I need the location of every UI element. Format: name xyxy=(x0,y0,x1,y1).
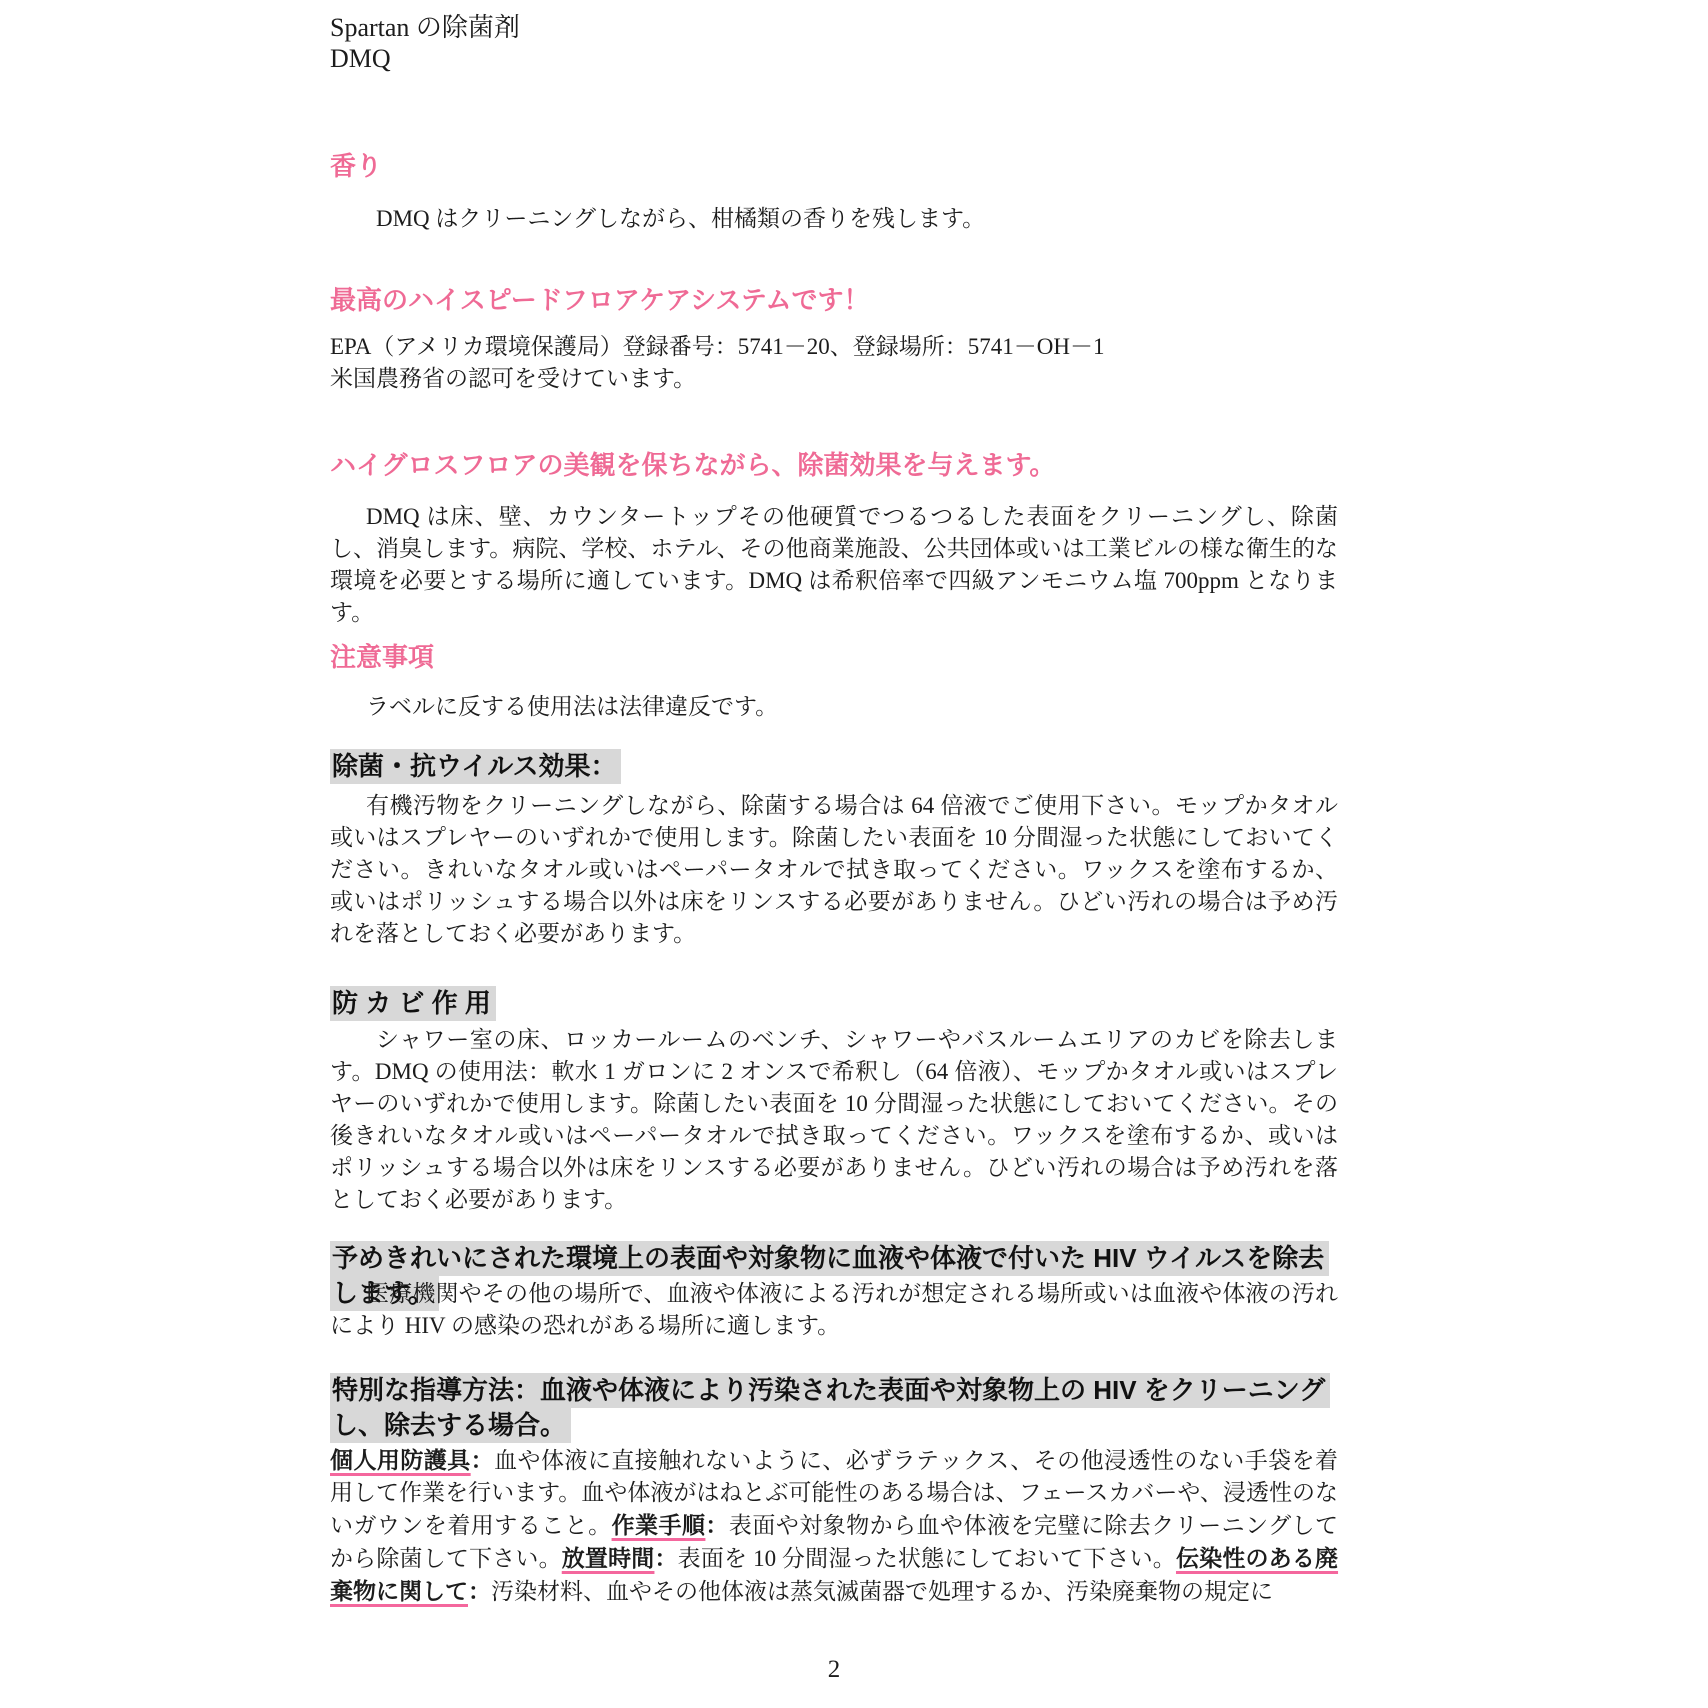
paragraph-special: 個人用防護具：血や体液に直接触れないように、必ずラテックス、その他浸透性のない手… xyxy=(330,1444,1338,1608)
document-header: Spartan の除菌剤 DMQ xyxy=(330,12,1338,74)
paragraph-gloss: DMQ は床、壁、カウンタートップその他硬質でつるつるした表面をクリーニングし、… xyxy=(330,501,1338,629)
heading-special: 特別な指導方法：血液や体液により汚染された表面や対象物上の HIV をクリーニン… xyxy=(330,1373,1338,1443)
heading-scent: 香り xyxy=(330,150,1338,182)
text-segment: ： xyxy=(468,1578,491,1604)
heading-mold: 防 カ ビ 作 用 xyxy=(330,986,1338,1021)
heading-gloss: ハイグロスフロアの美観を保ちながら、除菌効果を与えます。 xyxy=(330,449,1338,481)
text-segment: ： xyxy=(471,1447,494,1473)
paragraph-scent: DMQ はクリーニングしながら、柑橘類の香りを残します。 xyxy=(330,203,1338,235)
paragraph-caution: ラベルに反する使用法は法律違反です。 xyxy=(330,691,1338,723)
text-segment: 表面を 10 分間湿った状態にしておいて下さい。 xyxy=(678,1546,1176,1571)
inline-underlined-label: 作業手順 xyxy=(612,1512,706,1538)
heading-caution: 注意事項 xyxy=(330,641,1338,673)
paragraph-disinfect: 有機汚物をクリーニングしながら、除菌する場合は 64 倍液でご使用下さい。モップ… xyxy=(330,790,1338,950)
document-page: Spartan の除菌剤 DMQ 香り DMQ はクリーニングしながら、柑橘類の… xyxy=(0,0,1708,1708)
text-segment: ： xyxy=(705,1512,728,1538)
highlighted-text: 防 カ ビ 作 用 xyxy=(330,986,496,1021)
highlighted-text: 特別な指導方法：血液や体液により汚染された表面や対象物上の HIV をクリーニン… xyxy=(330,1373,1330,1443)
heading-disinfect: 除菌・抗ウイルス効果： xyxy=(330,749,1338,784)
highlighted-text: 除菌・抗ウイルス効果： xyxy=(330,749,621,784)
inline-underlined-label: 個人用防護具 xyxy=(330,1447,471,1473)
paragraph-mold: シャワー室の床、ロッカールームのベンチ、シャワーやバスルームエリアのカビを除去し… xyxy=(330,1024,1338,1216)
text-segment: 汚染材料、血やその他体液は蒸気滅菌器で処理するか、汚染廃棄物の規定に xyxy=(491,1579,1273,1604)
paragraph-hiv: 医療機関やその他の場所で、血液や体液による汚れが想定される場所或いは血液や体液の… xyxy=(330,1278,1338,1342)
paragraph-system: EPA（アメリカ環境保護局）登録番号：5741－20、登録場所：5741－OH－… xyxy=(330,331,1338,395)
page-number: 2 xyxy=(330,1656,1338,1684)
inline-underlined-label: 放置時間 xyxy=(562,1545,655,1571)
heading-system: 最高のハイスピードフロアケアシステムです！ xyxy=(330,284,1338,316)
text-segment: ： xyxy=(654,1545,677,1571)
